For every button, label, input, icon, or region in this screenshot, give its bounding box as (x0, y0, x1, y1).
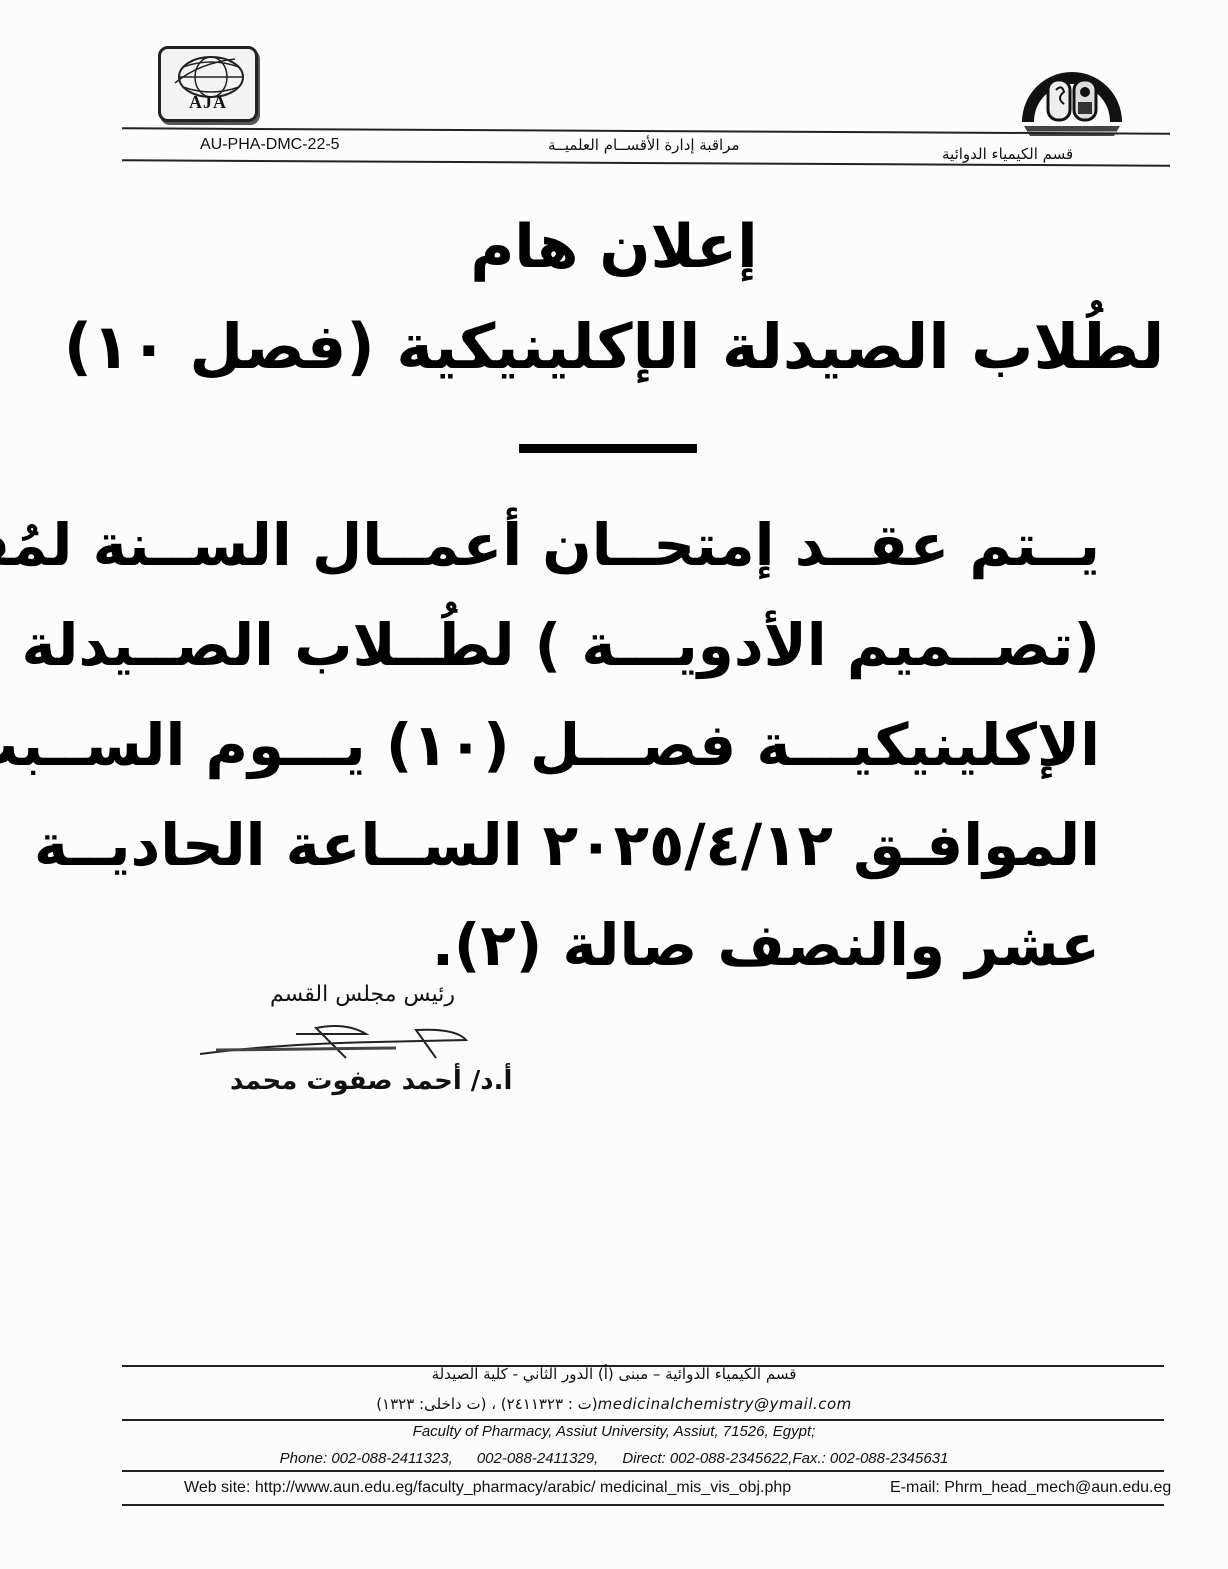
footer-phone-1: Phone: 002-088-2411323, (280, 1450, 453, 1467)
footer-address-en: Faculty of Pharmacy, Assiut University, … (0, 1423, 1228, 1440)
aja-logo: AJA (158, 46, 258, 122)
footer-rule-2 (122, 1419, 1164, 1421)
header-center-label: مراقبة إدارة الأقســام العلميــة (548, 136, 740, 154)
body-line: (تصــميم الأدويـــة ) لطُــلاب الصــيدلة (110, 595, 1100, 695)
footer-arabic-address: قسم الكيمياء الدوائية – مبنى (أ) الدور ا… (0, 1365, 1228, 1383)
footer-phone-2: 002-088-2411329, (477, 1450, 599, 1467)
footer-rule-3 (122, 1470, 1164, 1472)
footer-bottom-rule (122, 1504, 1164, 1506)
footer-email-link[interactable]: E-mail: Phrm_head_mech@aun.edu.eg (890, 1479, 1171, 1497)
aja-logo-text: AJA (161, 92, 255, 113)
body-line: يــتم عقــد إمتحــان أعمــال الســنة لمُ… (110, 495, 1100, 595)
document-code: AU-PHA-DMC-22-5 (200, 136, 340, 154)
footer-dept-email[interactable]: medicinalchemistry@ymail.com (598, 1395, 852, 1413)
body-line: الإكلينيكيـــة فصـــل (١٠) يـــوم الســب… (110, 695, 1100, 795)
footer-phones: Phone: 002-088-2411323,002-088-2411329,D… (0, 1450, 1228, 1467)
signatory-title: رئيس مجلس القسم (270, 982, 455, 1007)
announcement-body: يــتم عقــد إمتحــان أعمــال الســنة لمُ… (110, 495, 1100, 995)
document-page: AJA AU-PHA-DMC-22-5 مراقبة إدارة الأقســ… (0, 0, 1228, 1569)
department-label: قسم الكيمياء الدوائية (942, 145, 1073, 163)
footer-contact-line: (ت : ٢٤١١٣٢٣) ، (ت داخلى: ١٣٢٣)medicinal… (0, 1395, 1228, 1413)
footer-phones-arabic: (ت : ٢٤١١٣٢٣) ، (ت داخلى: ١٣٢٣) (376, 1395, 597, 1413)
header-top-rule (122, 127, 1170, 134)
body-line: الموافـق ٢٠٢٥/٤/١٢ الســاعة الحاديــة (110, 795, 1100, 895)
announcement-heading: إعلان هام (0, 212, 1228, 282)
footer-website-link[interactable]: Web site: http://www.aun.edu.eg/faculty_… (184, 1479, 791, 1497)
announcement-subheading: لطُلاب الصيدلة الإكلينيكية (فصل ١٠) (0, 310, 1228, 383)
signatory-name: أ.د/ أحمد صفوت محمد (230, 1066, 512, 1096)
signature-icon (196, 1018, 476, 1068)
title-underline (519, 444, 697, 453)
footer-direct-fax: Direct: 002-088-2345622,Fax.: 002-088-23… (622, 1450, 948, 1467)
university-crest-icon (1020, 52, 1124, 144)
body-line: عشر والنصف صالة (٢). (110, 895, 1100, 995)
